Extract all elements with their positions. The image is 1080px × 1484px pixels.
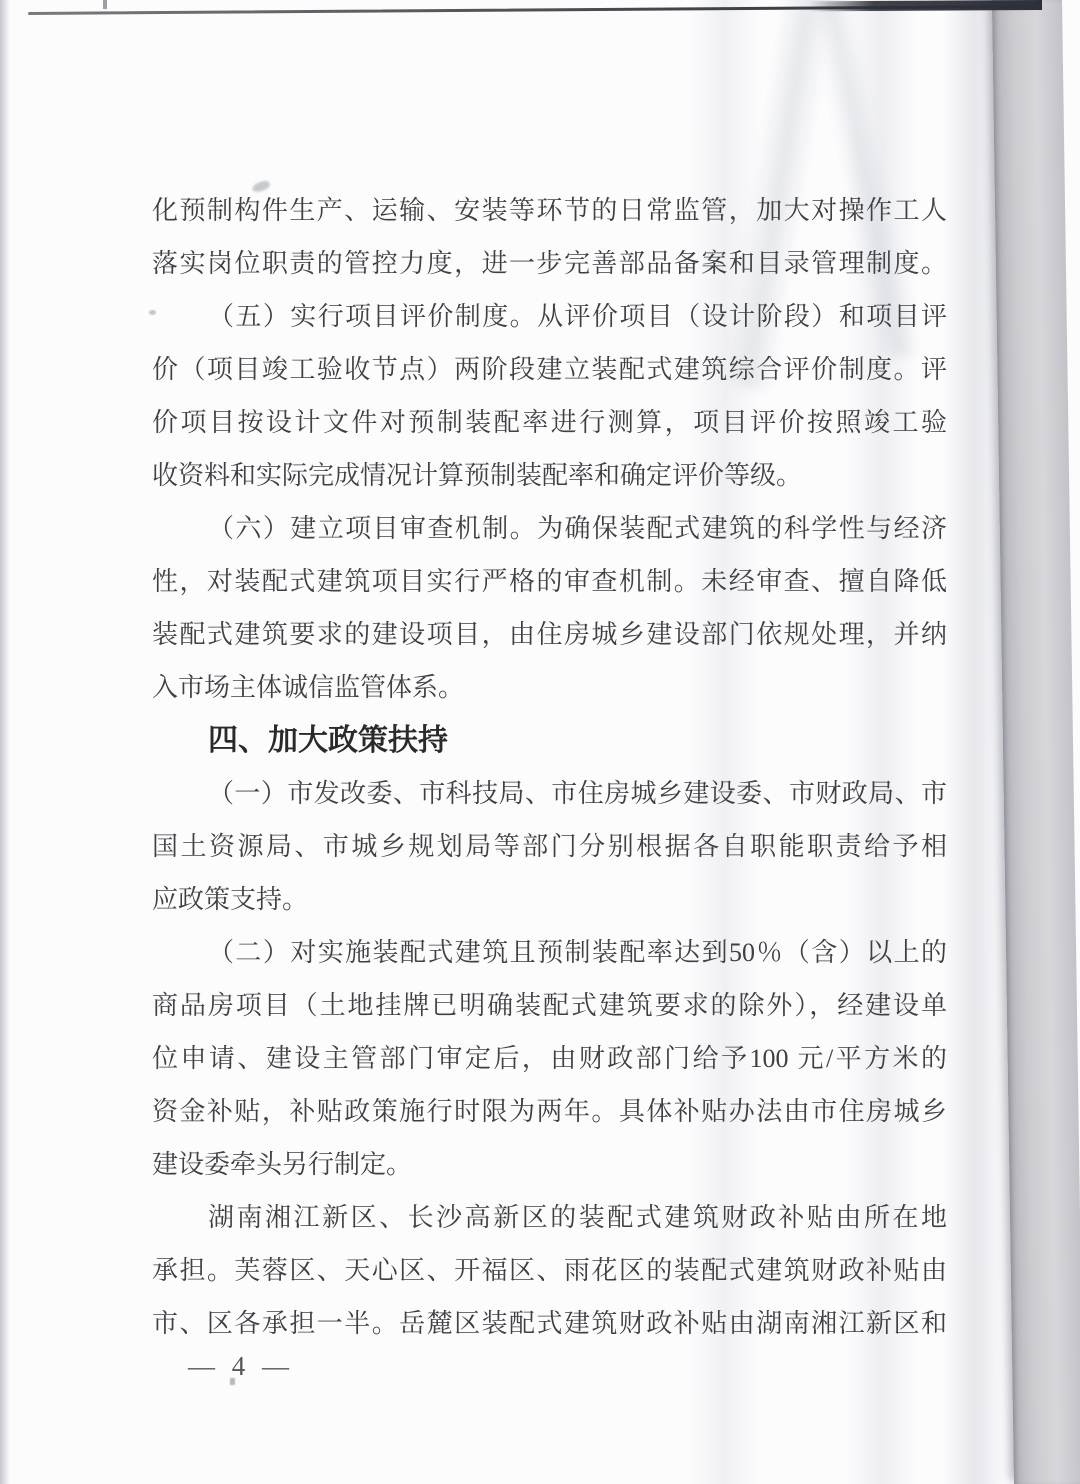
text-line-3: （五）实行项目评价制度。从评价项目（设计阶段）和项目评 xyxy=(152,290,947,343)
text-line-21: 承担。芙蓉区、天心区、开福区、雨花区的装配式建筑财政补贴由 xyxy=(152,1244,947,1297)
scanned-document-page: 化预制构件生产、运输、安装等环节的日常监管，加大对操作工人落实岗位职责的管控力度… xyxy=(0,0,1080,1484)
left-edge-shadow xyxy=(0,0,10,1484)
page-number: — 4 — xyxy=(188,1340,294,1393)
ink-speck xyxy=(103,0,107,9)
text-line-4: 价（项目竣工验收节点）两阶段建立装配式建筑综合评价制度。评 xyxy=(152,343,947,396)
text-line-17: 位申请、建设主管部门审定后，由财政部门给予100 元/平方米的 xyxy=(152,1032,947,1085)
text-line-8: 性，对装配式建筑项目实行严格的审查机制。未经审查、擅自降低 xyxy=(152,555,947,608)
text-line-20: 湖南湘江新区、长沙高新区的装配式建筑财政补贴由所在地 xyxy=(152,1191,947,1244)
text-line-16: 商品房项目（土地挂牌已明确装配式建筑要求的除外），经建设单 xyxy=(152,979,947,1032)
text-line-7: （六）建立项目审查机制。为确保装配式建筑的科学性与经济 xyxy=(152,502,947,555)
text-line-6: 收资料和实际完成情况计算预制装配率和确定评价等级。 xyxy=(152,449,947,502)
section-heading: 四、加大政策扶持 xyxy=(152,714,947,767)
scan-dark-corner xyxy=(808,0,1042,11)
text-line-19: 建设委牵头另行制定。 xyxy=(152,1138,947,1191)
text-line-18: 资金补贴，补贴政策施行时限为两年。具体补贴办法由市住房城乡 xyxy=(152,1085,947,1138)
text-line-15: （二）对实施装配式建筑且预制装配率达到50％（含）以上的 xyxy=(152,926,947,979)
text-line-14: 应政策支持。 xyxy=(152,873,947,926)
text-line-9: 装配式建筑要求的建设项目，由住房城乡建设部门依规处理，并纳 xyxy=(152,608,947,661)
text-line-10: 入市场主体诚信监管体系。 xyxy=(152,661,947,714)
page-edge-fold-shadow xyxy=(992,0,1080,1484)
text-line-2: 落实岗位职责的管控力度，进一步完善部品备案和目录管理制度。 xyxy=(152,237,947,290)
text-line-5: 价项目按设计文件对预制装配率进行测算，项目评价按照竣工验 xyxy=(152,396,947,449)
document-text-block: 化预制构件生产、运输、安装等环节的日常监管，加大对操作工人落实岗位职责的管控力度… xyxy=(152,184,947,1350)
text-line-1: 化预制构件生产、运输、安装等环节的日常监管，加大对操作工人 xyxy=(152,184,947,237)
text-line-13: 国土资源局、市城乡规划局等部门分别根据各自职能职责给予相 xyxy=(152,820,947,873)
text-line-12: （一）市发改委、市科技局、市住房城乡建设委、市财政局、市 xyxy=(152,767,947,820)
